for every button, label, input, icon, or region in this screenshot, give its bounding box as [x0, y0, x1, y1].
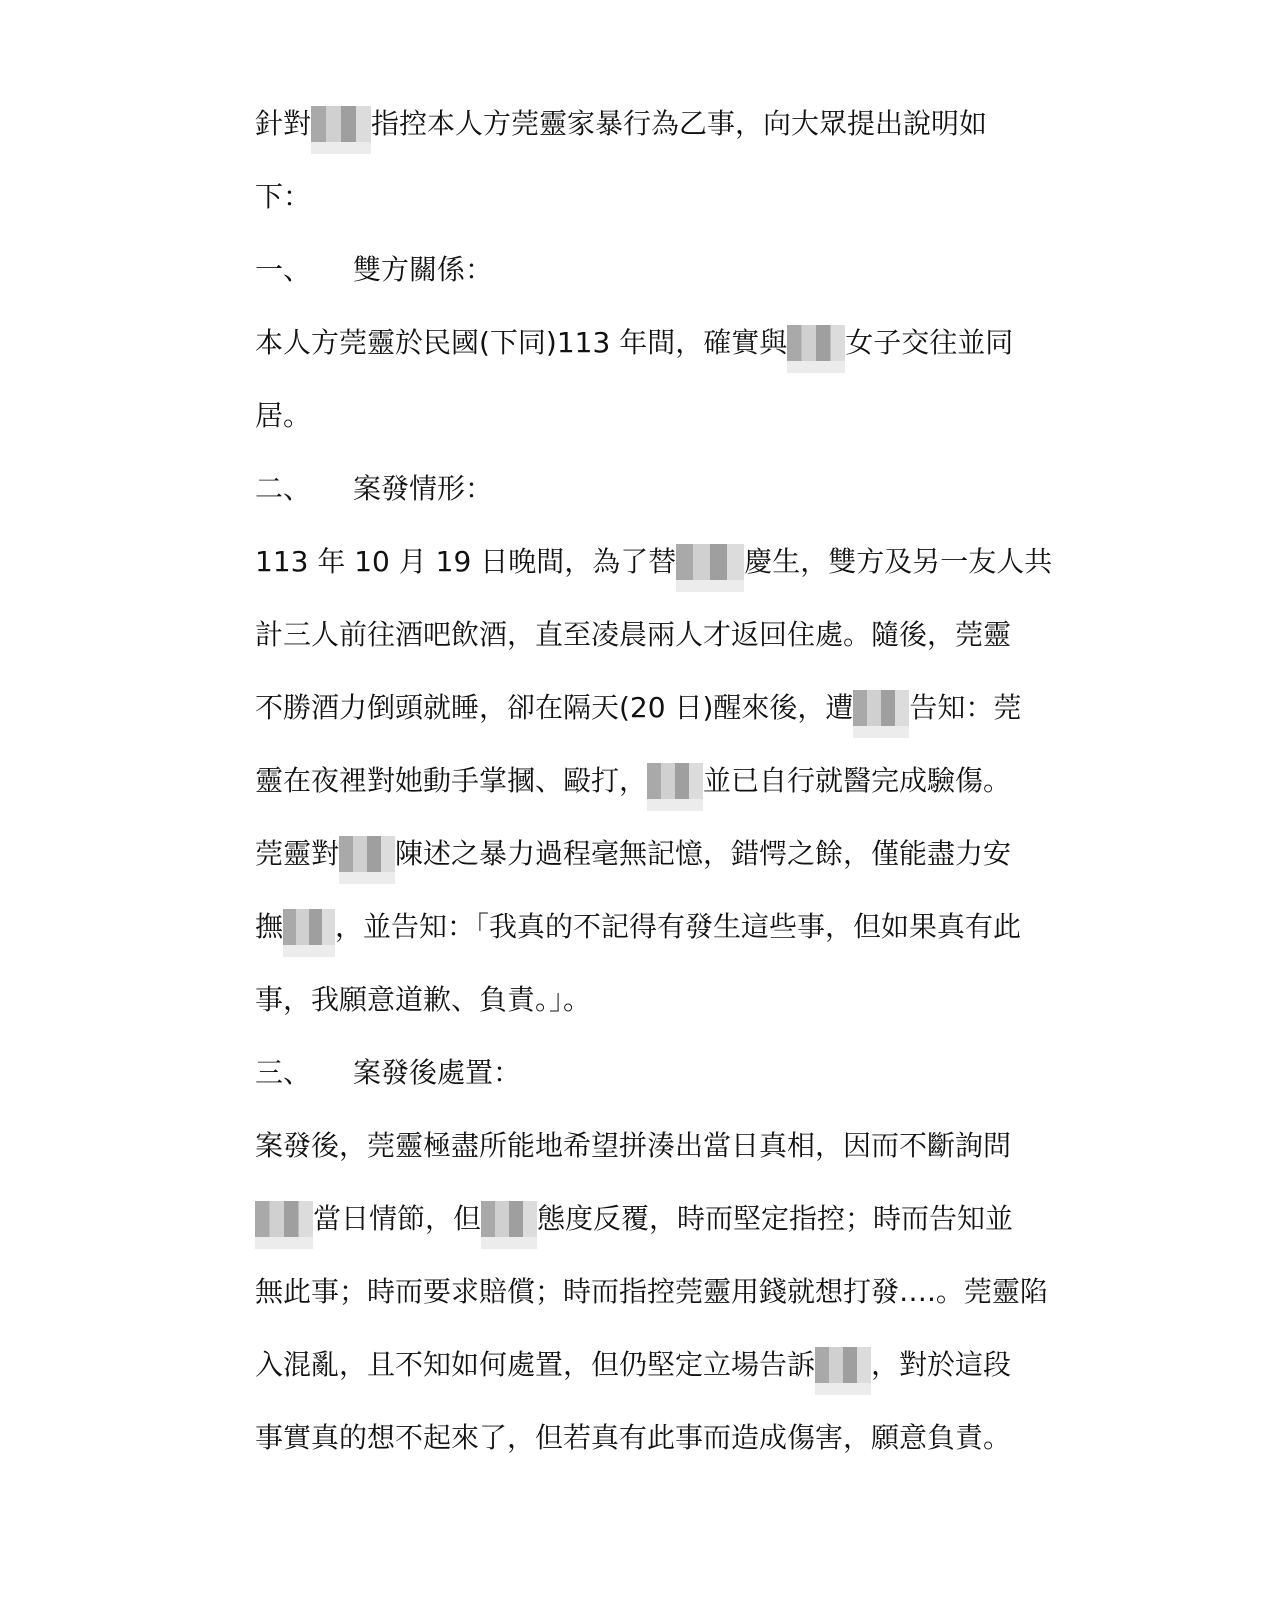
- text: 計三人前往酒吧飲酒，直至凌晨兩人才返回住處。隨後，莞靈: [255, 618, 1011, 651]
- redacted-name: [787, 321, 845, 365]
- text: 事，我願意道歉、負責。」。: [255, 983, 591, 1016]
- redacted-name: [481, 1197, 537, 1241]
- section-title: 案發後處置：: [353, 1056, 521, 1089]
- paragraph-line: 計三人前往酒吧飲酒，直至凌晨兩人才返回住處。隨後，莞靈: [255, 613, 1011, 657]
- text: 並已自行就醫完成驗傷。: [703, 764, 1011, 797]
- paragraph-line: 莞靈對陳述之暴力過程毫無記憶，錯愕之餘，僅能盡力安: [255, 832, 1011, 876]
- redacted-name: [339, 832, 395, 876]
- redacted-name: [283, 905, 335, 949]
- paragraph-line: 當日情節，但態度反覆，時而堅定指控；時而告知並: [255, 1197, 1013, 1241]
- paragraph-line: 下：: [255, 175, 311, 219]
- paragraph-line: 案發後，莞靈極盡所能地希望拼湊出當日真相，因而不斷詢問: [255, 1124, 1011, 1168]
- text: 指控本人方莞靈家暴行為乙事，向大眾提出說明如: [371, 107, 987, 140]
- text: 女子交往並同: [845, 326, 1013, 359]
- text: 慶生，雙方及另一友人共: [744, 545, 1052, 578]
- text: 無此事；時而要求賠償；時而指控莞靈用錢就想打發….。莞靈陷: [255, 1275, 1048, 1308]
- text: 案發後，莞靈極盡所能地希望拼湊出當日真相，因而不斷詢問: [255, 1129, 1011, 1162]
- text: ，對於這段: [871, 1348, 1011, 1381]
- paragraph-line: 113 年 10 月 19 日晚間，為了替慶生，雙方及另一友人共: [255, 540, 1052, 584]
- text: 入混亂，且不知如何處置，但仍堅定立場告訴: [255, 1348, 815, 1381]
- section-title: 雙方關係：: [353, 253, 493, 286]
- section-title: 案發情形：: [353, 472, 493, 505]
- paragraph-line: 撫，並告知：「我真的不記得有發生這些事，但如果真有此: [255, 905, 1021, 949]
- text: 告知：莞: [909, 691, 1021, 724]
- text: 當日情節，但: [313, 1202, 481, 1235]
- paragraph-line: 靈在夜裡對她動手掌摑、毆打，並已自行就醫完成驗傷。: [255, 759, 1011, 803]
- section-heading-aftermath: 三、案發後處置：: [255, 1051, 521, 1095]
- section-heading-relationship: 一、雙方關係：: [255, 248, 493, 292]
- paragraph-line: 本人方莞靈於民國(下同)113 年間，確實與女子交往並同: [255, 321, 1013, 365]
- text: 撫: [255, 910, 283, 943]
- text: 下：: [255, 180, 311, 213]
- text: 113 年 10 月 19 日晚間，為了替: [255, 545, 676, 578]
- section-number: 二、: [255, 467, 353, 511]
- paragraph-line: 無此事；時而要求賠償；時而指控莞靈用錢就想打發….。莞靈陷: [255, 1270, 1048, 1314]
- paragraph-line: 針對指控本人方莞靈家暴行為乙事，向大眾提出說明如: [255, 102, 987, 146]
- redacted-name: [255, 1197, 313, 1241]
- text: 不勝酒力倒頭就睡，卻在隔天(20 日)醒來後，遭: [255, 691, 853, 724]
- redacted-name: [676, 540, 744, 584]
- section-number: 三、: [255, 1051, 353, 1095]
- paragraph-line: 居。: [255, 394, 311, 438]
- text: 針對: [255, 107, 311, 140]
- section-number: 一、: [255, 248, 353, 292]
- text: 本人方莞靈於民國(下同)113 年間，確實與: [255, 326, 787, 359]
- paragraph-line: 事，我願意道歉、負責。」。: [255, 978, 591, 1022]
- redacted-name: [311, 102, 371, 146]
- redacted-name: [815, 1343, 871, 1387]
- paragraph-line: 入混亂，且不知如何處置，但仍堅定立場告訴，對於這段: [255, 1343, 1011, 1387]
- redacted-name: [647, 759, 703, 803]
- paragraph-line: 不勝酒力倒頭就睡，卻在隔天(20 日)醒來後，遭告知：莞: [255, 686, 1021, 730]
- text: 事實真的想不起來了，但若真有此事而造成傷害，願意負責。: [255, 1421, 1011, 1454]
- text: 居。: [255, 399, 311, 432]
- paragraph-line: 事實真的想不起來了，但若真有此事而造成傷害，願意負責。: [255, 1416, 1011, 1460]
- text: 陳述之暴力過程毫無記憶，錯愕之餘，僅能盡力安: [395, 837, 1011, 870]
- text: 莞靈對: [255, 837, 339, 870]
- text: 態度反覆，時而堅定指控；時而告知並: [537, 1202, 1013, 1235]
- section-heading-incident: 二、案發情形：: [255, 467, 493, 511]
- text: ，並告知：「我真的不記得有發生這些事，但如果真有此: [335, 910, 1021, 943]
- text: 靈在夜裡對她動手掌摑、毆打，: [255, 764, 647, 797]
- redacted-name: [853, 686, 909, 730]
